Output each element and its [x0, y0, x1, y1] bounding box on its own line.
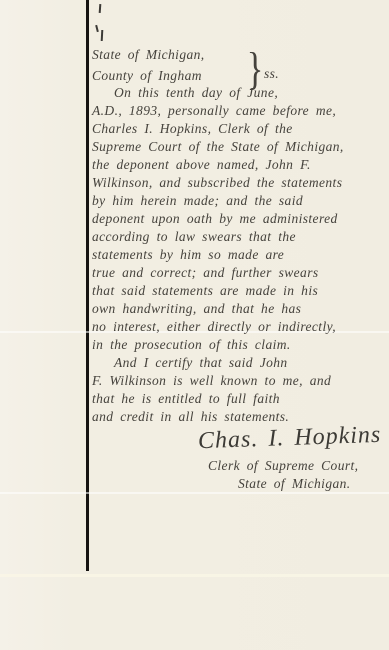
body-line: F. Wilkinson is well known to me, and [92, 372, 344, 390]
body-line: own handwriting, and that he has [92, 300, 344, 318]
body-line: true and correct; and further swears [92, 264, 344, 282]
body-line: in the prosecution of this claim. [92, 336, 344, 354]
county-line: County of Ingham [92, 65, 205, 86]
margin-rule-line [86, 0, 89, 571]
body-line: the deponent above named, John F. [92, 156, 344, 174]
body-line: by him herein made; and the said [92, 192, 344, 210]
body-line: that said statements are made in his [92, 282, 344, 300]
stray-ink-mark [99, 4, 102, 13]
ss-label: ss. [264, 66, 279, 82]
body-line: And I certify that said John [92, 354, 344, 372]
signature-name: Chas. I. Hopkins [198, 422, 382, 455]
paper-crease [0, 492, 389, 494]
body-line: Wilkinson, and subscribed the statements [92, 174, 344, 192]
affidavit-body: On this tenth day of June, A.D., 1893, p… [92, 84, 344, 426]
document-page: State of Michigan, County of Ingham } ss… [0, 0, 389, 650]
body-line: On this tenth day of June, [92, 84, 344, 102]
state-line: State of Michigan, [92, 44, 205, 65]
signature-title: Clerk of Supreme Court, [208, 458, 358, 474]
stray-ink-mark [95, 25, 99, 32]
body-line: Supreme Court of the State of Michigan, [92, 138, 344, 156]
stray-ink-mark [101, 30, 104, 41]
body-line: according to law swears that the [92, 228, 344, 246]
paper-crease [0, 574, 389, 577]
body-line: deponent upon oath by me administered [92, 210, 344, 228]
venue-header: State of Michigan, County of Ingham } ss… [92, 44, 205, 86]
signature-place: State of Michigan. [238, 476, 351, 492]
body-line: A.D., 1893, personally came before me, [92, 102, 344, 120]
body-line: that he is entitled to full faith [92, 390, 344, 408]
body-line: and credit in all his statements. [92, 408, 344, 426]
body-line: statements by him so made are [92, 246, 344, 264]
body-line: no interest, either directly or indirect… [92, 318, 344, 336]
body-line: Charles I. Hopkins, Clerk of the [92, 120, 344, 138]
